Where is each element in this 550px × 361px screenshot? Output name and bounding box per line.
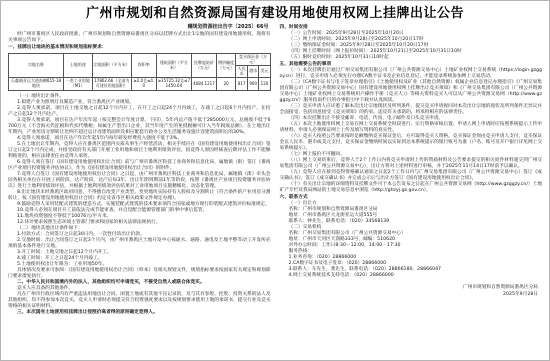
other-item: （二）《CA数字证书与电子签章办理指引》《土地使用权及矿业（其他自然资源）权属企… [280,80,543,104]
other-item: （三）竞买申请人应详悉了解本次出让宗地现状及所列条件，提交竞买申请视同对本次出让… [280,104,543,116]
col-header-parcel-name: 宗地名称 [9,54,64,78]
col-header-land-use: 土地用途 [63,54,92,78]
condition-paragraph: 7.竞得人自签订《国有建设用地使用权出让合同》之日起，由广州市番禺区科技工业商务… [8,172,271,190]
col-header-deposit-hkd: 港币 [247,66,259,78]
section1-heading: 一、挂牌出让地块的基本情况和规划指标要求： [8,45,271,51]
signature-block: 广州市规划和自然资源局番禺区分局 2025年9月28日 [280,284,543,298]
other-item: （十）有关出让宗地的详细资料及挂牌文件可于本公告发布之日起在广州公共资源交易网（… [280,182,543,194]
col-header-deposit: 竞买保证金（万元） [236,54,270,66]
table-row: 石碁镇亚运大道南侧655-18地块 一类工业用地（M1） 17862.66（全部… [9,78,271,90]
condition-paragraph: 9.鼓励竞得人采用装配式建筑的建造方式，实施装配式建筑的技术要求须符合国家或地方… [8,202,271,208]
cell-start-price: 4084.1217 [192,78,217,90]
intro-paragraph: 经广州市番禺区人民政府批准，广州市规划和自然资源局番禺区分局以挂牌方式出让1宗地… [8,32,271,44]
cell-deposit-rmb: 817 [236,78,248,90]
right-column: 四、时间安排 （一）公告时间：2025年9月28日至2025年10月20日 （二… [280,24,543,316]
col-header-plot-ratio: 容积率 [131,54,156,78]
parcel-table: 宗地名称 土地用途 宗地面积（平方米） 容积率 建筑面积（平方米） 挂牌起始价（… [8,53,271,91]
condition-paragraph: 2.交地时间：出让合同签订之日起3个月内，由广州市番禺区土地开发中心按通水、通路… [8,238,271,250]
other-item: （八）网上交易结束后，竞得人于2个工作日内将竞买申请时上传的资质材料及公告要求提… [280,158,543,170]
col-header-increment: 增价幅度（万元） [216,54,236,78]
cell-area: 17862.66（全部为可建设用地面积） [92,78,131,90]
two-column-body: 穗规划资源挂出告字〔2025〕66号 经广州市番禺区人民政府批准，广州市规划和自… [8,24,542,316]
col-header-start-price: 挂牌起始价（万元） [192,54,217,78]
other-item: （六）竞买人按照公告要求按时足额缴纳竞买保证金后，方可取得竞买人资格。竞买保证金… [280,134,543,152]
contact-block: （一）出让方 名称：广州市规划和自然资源局番禺区分局 地址：广州市番禺区大龙街亚… [280,201,543,279]
cell-parcel-name: 石碁镇亚运大道南侧655-18地块 [9,78,64,90]
contact-line: 4.网上交易系统技术支持电话：（020）28866000 [280,273,543,279]
section3-heading: 三、本次国有土地使用权挂牌出让按照价高者得的原则确定竞得人。 [8,310,271,316]
cell-floor-area: ≥35725.32且≤71450.64 [156,78,191,90]
signature-org: 广州市规划和自然资源局番禺区分局 [280,284,539,291]
bidder-condition-paragraph: 凡在广州市行政区域内有严重违法用地出让合同、闲置土地或有其他不良记录的，及与其有… [8,292,271,310]
cell-deposit-usd: 120 [259,78,270,90]
cell-increment: 20 [216,78,236,90]
left-column: 穗规划资源挂出告字〔2025〕66号 经广州市番禺区人民政府批准，广州市规划和自… [8,24,271,316]
document-number: 穗规划资源挂出告字〔2025〕66号 [8,24,269,30]
time-item: （五）限时竞价时间：2025年10月31日10时起 [280,55,543,61]
col-header-area: 宗地面积（平方米） [92,54,131,78]
condition-paragraph: 8.出让地块未经番禺区政府同意，不得擅自改变产业类型。变更地块实际持有人股权及分… [8,190,271,202]
condition-paragraph: 具体情况及要求可参阅：《国有建设用地使用权出让合同》（样本）及相关规划文件，规划… [8,268,271,280]
condition-paragraph: 5.在土地出让年期内，竞得人应在番禺区范围内实质从事生产经营活动，相关手续应在《… [8,142,271,160]
condition-paragraph: 6.竞得人须在签订《国有建设用地使用权出让合同》前与广州市番禺区科技工业商务和信… [8,160,271,172]
cell-deposit-hkd: 900 [247,78,259,90]
condition-paragraph: 3.竞得人须承诺，项目在达产年次年起（按完整会计年度计算，下同），5年内总产值不… [8,118,271,136]
condition-paragraph: 2.竞得人须承诺，项目在土地交地之日起12个月内开工，在开工之日起24个月内竣工… [8,106,271,118]
col-header-deposit-rmb: 人民币 [236,66,248,78]
table-header-row: 宗地名称 土地用途 宗地面积（平方米） 容积率 建筑面积（平方米） 挂牌起始价（… [9,54,271,66]
other-item: （五）本次土地使用权网上交易在网上交易系统全时段进行，实行资格审核后置；申请人网… [280,122,543,134]
cell-land-use: 一类工业用地（M1） [63,78,92,90]
other-item: （一）本次挂牌出让通过广州交易集团有限公司（广州公共资源交易中心）土地矿业权网上… [280,68,543,80]
announcement-document: 广州市规划和自然资源局国有建设用地使用权网上挂牌出让公告 穗规划资源挂出告字〔2… [0,0,550,361]
page-title: 广州市规划和自然资源局国有建设用地使用权网上挂牌出让公告 [8,6,542,22]
other-item: （九）竞得人应在接到竞得资格确认通知之日起2个工作日内与广州交易集团有限公司（广… [280,170,543,182]
col-header-floor-area: 建筑面积（平方米） [156,54,191,78]
cell-plot-ratio: ≥2.0且≤4.0 [131,78,156,90]
col-header-deposit-usd: 美元 [259,66,270,78]
signature-date: 2025年9月28日 [280,291,539,298]
